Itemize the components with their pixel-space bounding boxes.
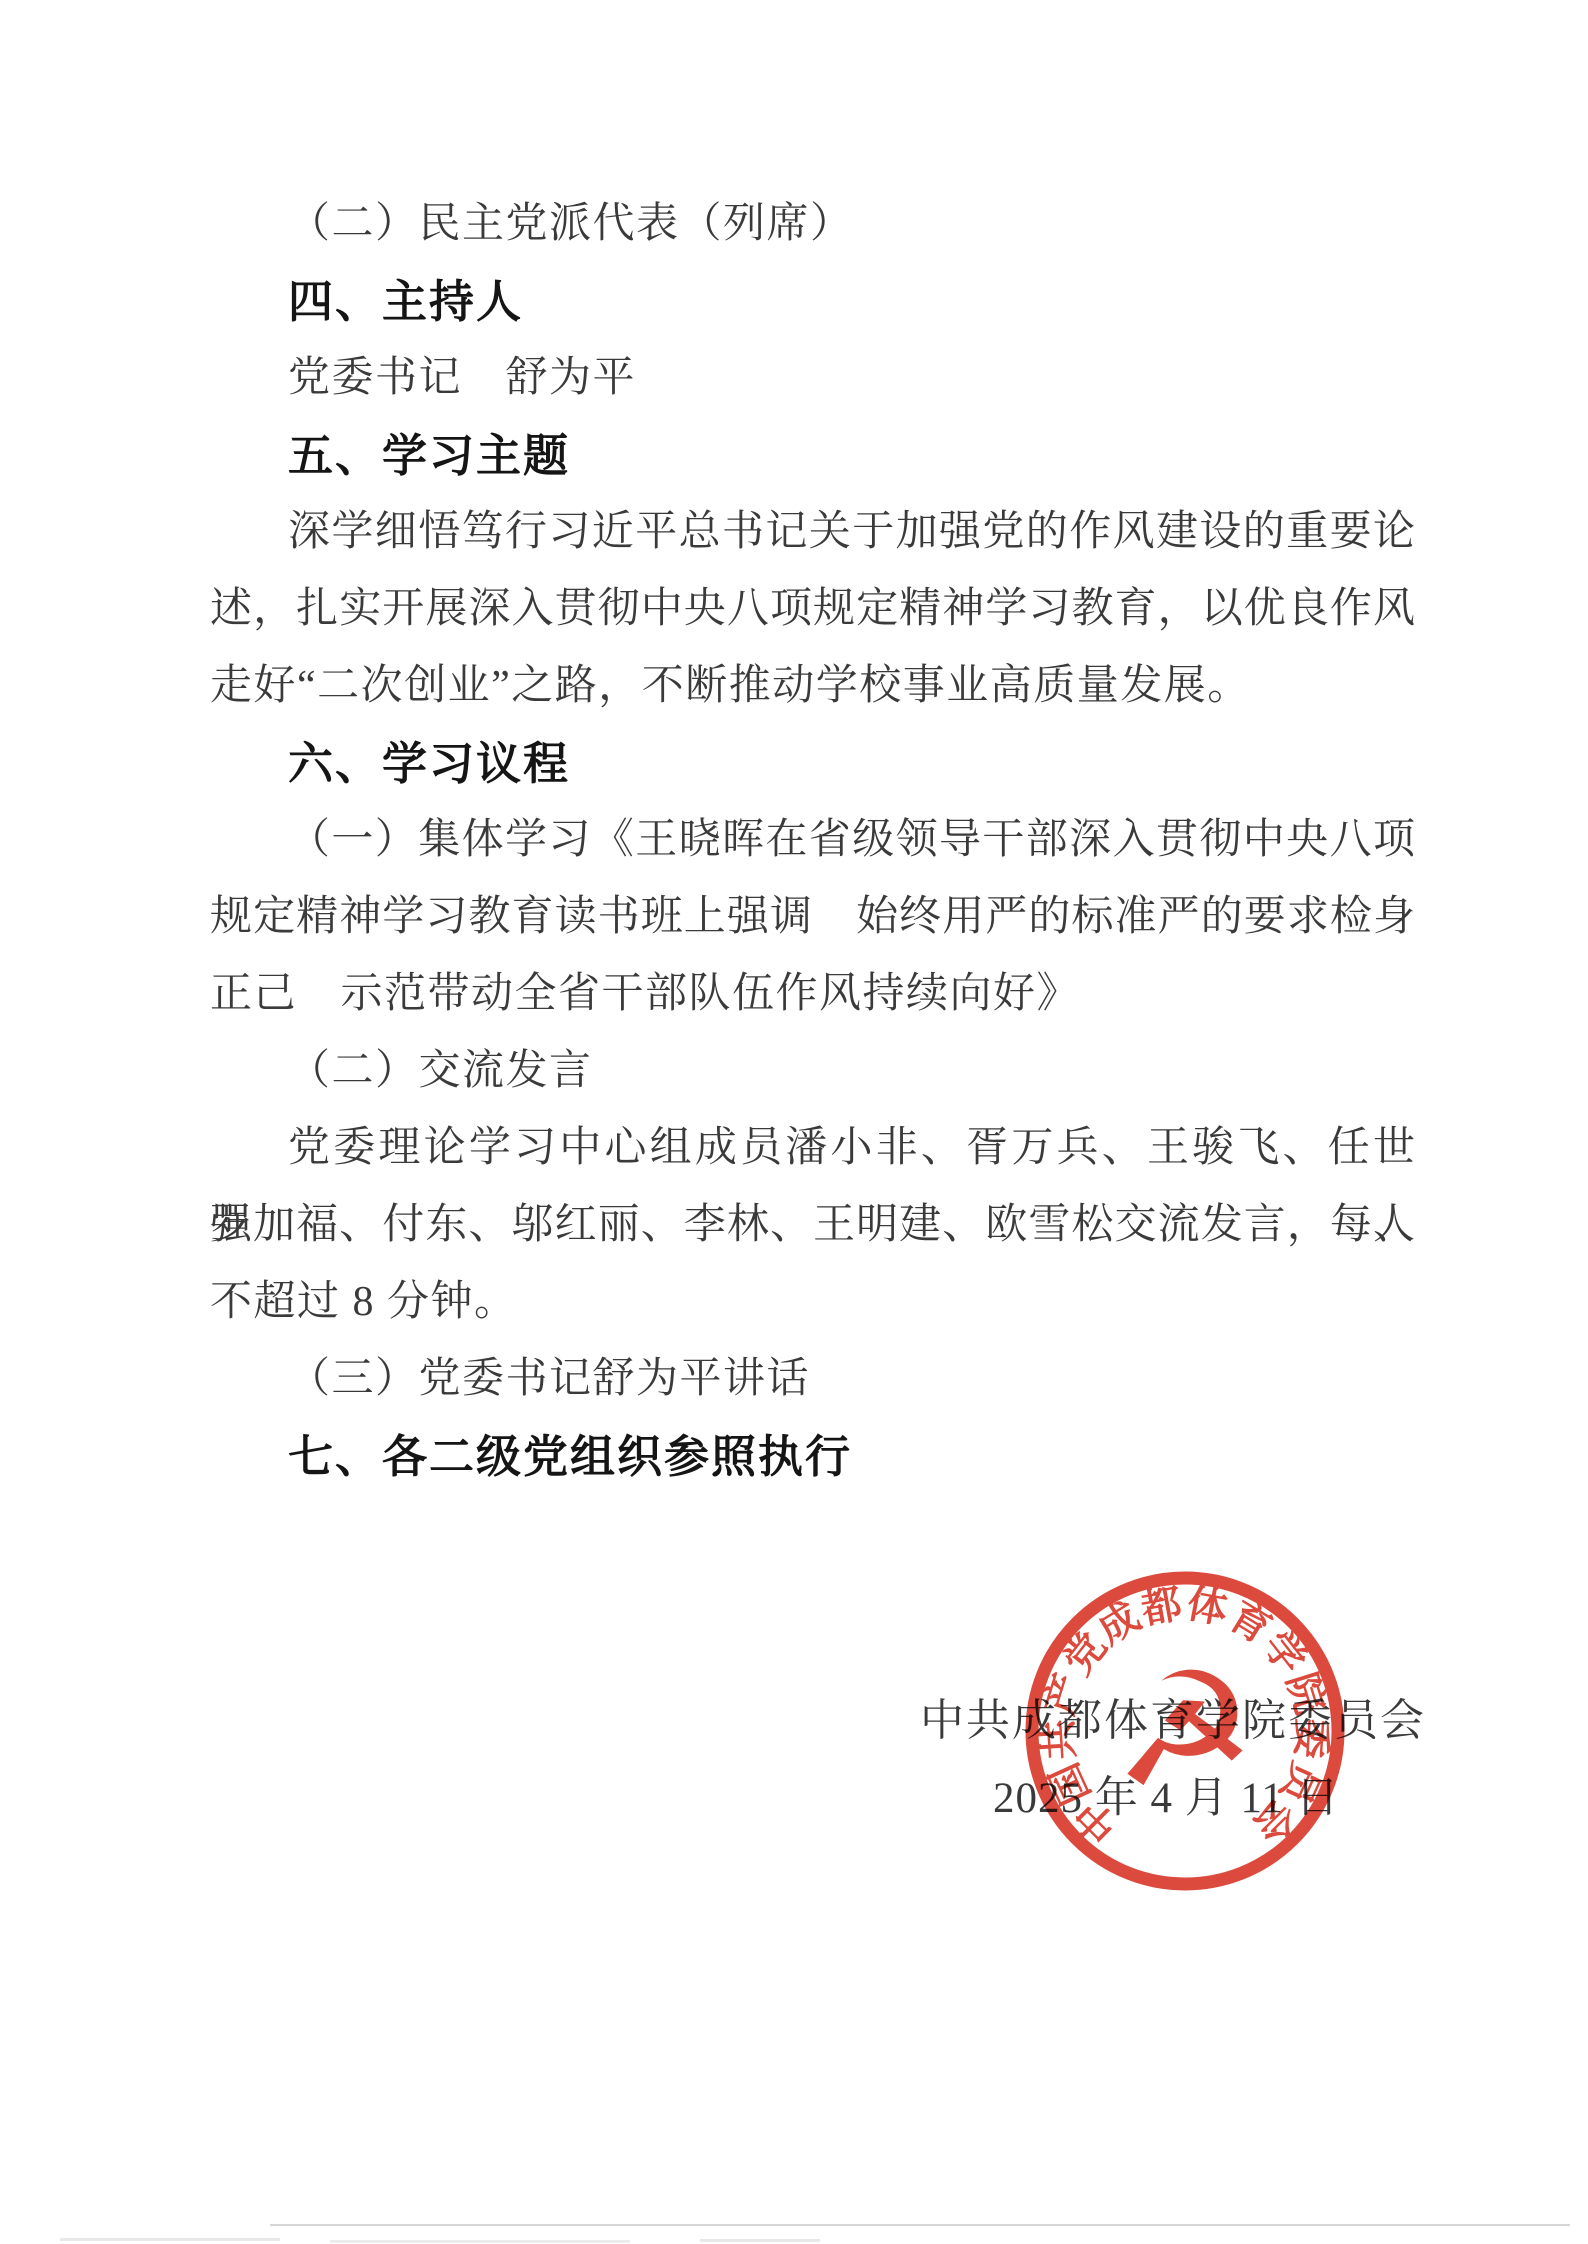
hammer-sickle-icon: ☭ [1114,1643,1256,1819]
text-line: 不超过 8 分钟。 [210,1264,1415,1341]
text-line: （二）民主党派代表（列席） [210,186,1415,263]
section-heading: 五、学习主题 [210,417,1415,494]
text-line: （二）交流发言 [210,1033,1415,1110]
text-line: 深学细悟笃行习近平总书记关于加强党的作风建设的重要论 [210,494,1415,571]
text-line: 正己 示范带动全省干部队伍作风持续向好》 [210,956,1415,1033]
document-body: （二）民主党派代表（列席）四、主持人党委书记 舒为平五、学习主题深学细悟笃行习近… [210,186,1415,1495]
text-line: 规定精神学习教育读书班上强调 始终用严的标准严的要求检身 [210,879,1415,956]
scan-smudge [330,2240,630,2243]
text-line: 走好“二次创业”之路，不断推动学校事业高质量发展。 [210,648,1415,725]
document-page: （二）民主党派代表（列席）四、主持人党委书记 舒为平五、学习主题深学细悟笃行习近… [0,0,1588,2244]
text-line: 述，扎实开展深入贯彻中央八项规定精神学习教育，以优良作风 [210,571,1415,648]
text-line: 罗加福、付东、邬红丽、李林、王明建、欧雪松交流发言，每人 [210,1187,1415,1264]
section-heading: 六、学习议程 [210,725,1415,802]
section-heading: 四、主持人 [210,263,1415,340]
official-seal: 中国共产党成都体育学院委员会 ☭ [1015,1561,1355,1901]
text-line: （三）党委书记舒为平讲话 [210,1341,1415,1418]
text-line: （一）集体学习《王晓晖在省级领导干部深入贯彻中央八项 [210,802,1415,879]
text-line: 党委理论学习中心组成员潘小非、胥万兵、王骏飞、任世强、 [210,1110,1415,1187]
section-heading: 七、各二级党组织参照执行 [210,1418,1415,1495]
scan-smudge [60,2238,280,2241]
text-line: 党委书记 舒为平 [210,340,1415,417]
scan-edge-line [270,2224,1570,2226]
scan-smudge [700,2239,820,2242]
